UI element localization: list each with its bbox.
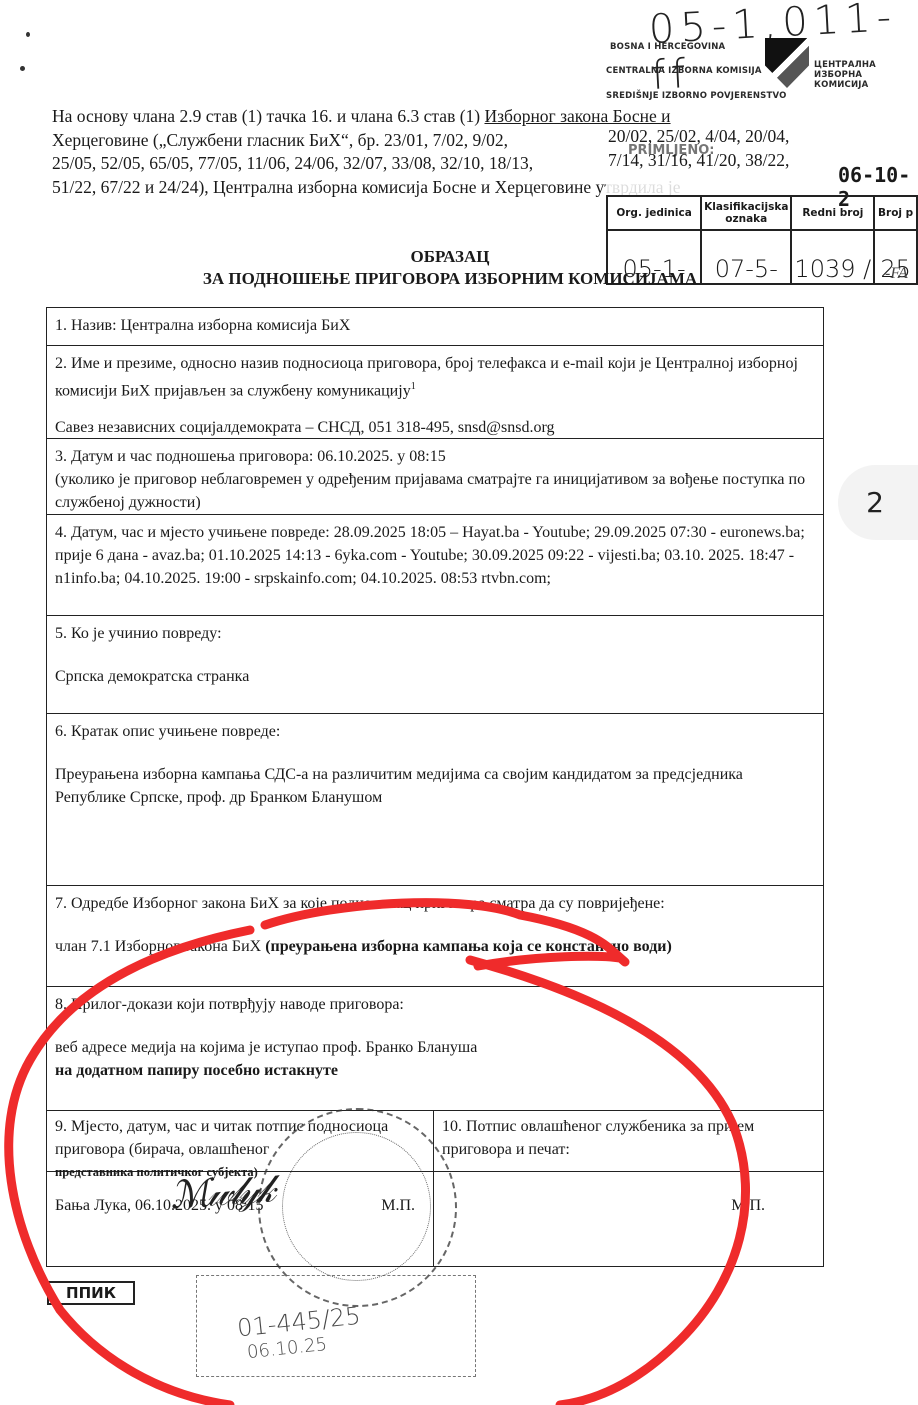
footnote-ref: 1 xyxy=(411,381,416,392)
field-10-label: 10. Потпис овлашћеног службеника за приј… xyxy=(442,1115,815,1161)
form-title-line-2: ЗА ПОДНОШЕЊЕ ПРИГОВОРА ИЗБОРНИМ КОМИСИЈА… xyxy=(150,268,750,290)
field-10-body: М.П. xyxy=(434,1172,823,1266)
field-1: 1. Назив: Централна изборна комисија БиХ xyxy=(46,307,824,346)
field-7: 7. Одредбе Изборног закона БиХ за које п… xyxy=(46,886,824,987)
form-title: ОБРАЗАЦ ЗА ПОДНОШЕЊЕ ПРИГОВОРА ИЗБОРНИМ … xyxy=(150,246,750,290)
field-4: 4. Датум, час и мјесто учињене повреде: … xyxy=(46,515,824,616)
field-1-text: 1. Назив: Централна изборна комисија БиХ xyxy=(55,314,815,337)
complaint-form: 1. Назив: Централна изборна комисија БиХ… xyxy=(46,307,824,1267)
registry-stamp: 01-445/25 06.10.25 xyxy=(196,1275,476,1377)
intro-line-1b: Изборног закона Босне и xyxy=(484,106,670,126)
received-label: PRIMLJENO: xyxy=(628,143,714,158)
intro-line-1a: На основу члана 2.9 став (1) тачка 16. и… xyxy=(52,106,484,126)
field-7-value-bold: (преурањена изборна кампања која се конс… xyxy=(265,938,672,955)
ppik-label: ППИК xyxy=(47,1281,135,1305)
field-5-value: Српска демократска странка xyxy=(55,665,815,688)
field-6: 6. Кратак опис учињене повреде: Преурање… xyxy=(46,714,824,886)
field-2-label: 2. Име и презиме, односно назив подносио… xyxy=(55,355,798,399)
field-7-value: члан 7.1 Изборног закона БиХ xyxy=(55,938,265,955)
field-3: 3. Датум и час подношења приговора: 06.1… xyxy=(46,439,824,515)
stamp-col-attach: Broj p xyxy=(874,196,917,230)
side-mark: -FA xyxy=(885,265,908,283)
field-8-value: веб адресе медија на којима је иступао п… xyxy=(55,1036,815,1059)
field-8-value-bold: на додатном папиру посебно истакнуте xyxy=(55,1059,815,1082)
form-title-line-1: ОБРАЗАЦ xyxy=(150,246,750,268)
field-4-text: 4. Датум, час и мјесто учињене повреде: … xyxy=(55,521,815,590)
field-3-label: 3. Датум и час подношења приговора: 06.1… xyxy=(55,445,815,468)
stamp-line-country: BOSNA I HERCEGOVINA xyxy=(610,42,725,52)
received-stamp: 20/02, 25/02, 4/04, 20/04, 7/14, 31/16, … xyxy=(606,125,918,263)
field-6-label: 6. Кратак опис учињене повреде: xyxy=(55,720,815,743)
page-number-badge: 2 xyxy=(838,465,918,540)
field-2: 2. Име и презиме, односно назив подносио… xyxy=(46,346,824,439)
stamp-line-cik-cyrillic: ЦЕНТРАЛНА ИЗБОРНА КОМИСИЈА xyxy=(814,60,918,90)
handwritten-signature: ℳ𝓌𝓁𝓎𝓀 xyxy=(169,1166,274,1218)
field-2-value: Савез независних социјалдемократа – СНСД… xyxy=(55,416,815,439)
field-5-label: 5. Ко је учинио повреду: xyxy=(55,622,815,645)
scan-speck xyxy=(26,32,30,37)
stamp-line-povjerenstvo: SREDIŠNJE IZBORNO POVJERENSTVO xyxy=(606,91,787,101)
field-3-note: (уколико је приговор неблаговремен у одр… xyxy=(55,468,815,514)
stamp-col-org: Org. jedinica xyxy=(607,196,701,230)
field-6-value: Преурањена изборна кампања СДС-а на разл… xyxy=(55,763,815,809)
field-5: 5. Ко је учинио повреду: Српска демократ… xyxy=(46,616,824,714)
field-10-header: 10. Потпис овлашћеног службеника за приј… xyxy=(434,1111,823,1171)
stamp-line-cik-latin: CENTRALNA IZBORNA KOMISIJA xyxy=(606,66,762,76)
field-8-label: 8. Прилог-докази који потврђују наводе п… xyxy=(55,993,815,1016)
field-8: 8. Прилог-докази који потврђују наводе п… xyxy=(46,987,824,1111)
field-10-mp: М.П. xyxy=(731,1197,765,1214)
field-7-label: 7. Одредбе Изборног закона БиХ за које п… xyxy=(55,892,815,915)
stamp-val-serial: 1039 / xyxy=(791,230,874,284)
stamp-col-class: Klasifikacijska oznaka xyxy=(701,196,791,230)
scan-speck xyxy=(20,66,25,71)
stamp-col-serial: Redni broj xyxy=(791,196,874,230)
